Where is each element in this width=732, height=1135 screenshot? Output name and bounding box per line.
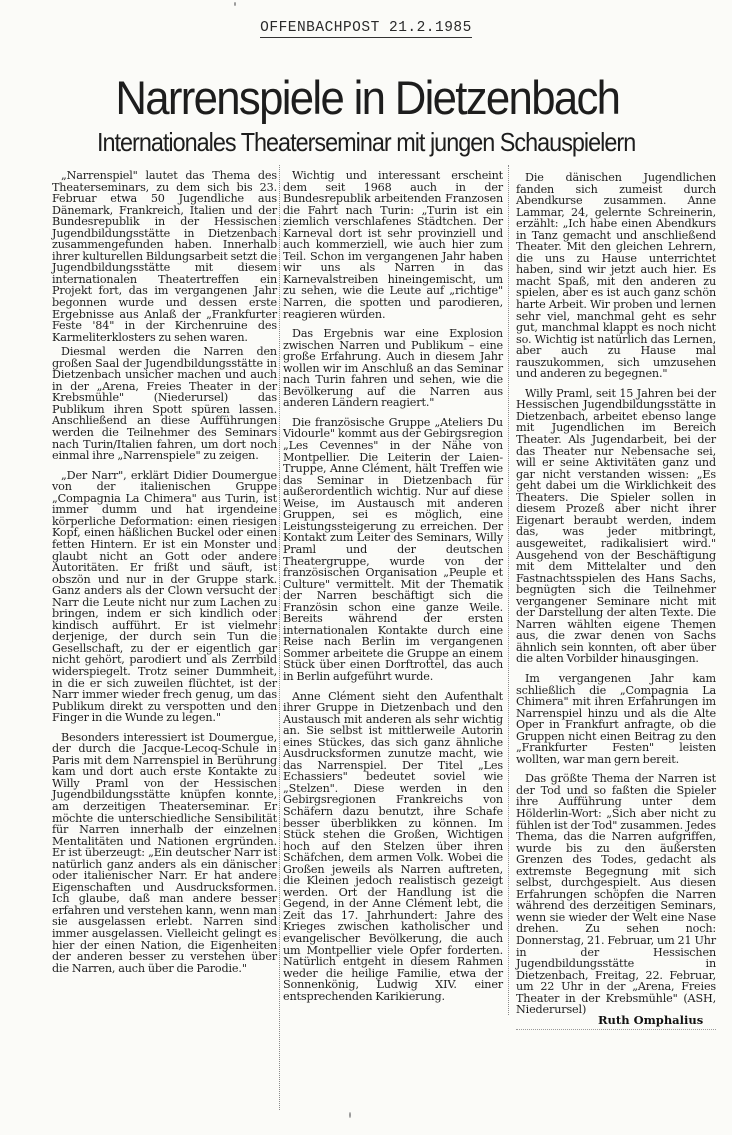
article-headline: Narrenspiele in Dietzenbach [27,74,708,121]
paragraph: Das Ergebnis war eine Explosion zwischen… [283,328,503,409]
article-subheadline: Internationales Theaterseminar mit junge… [37,129,696,155]
newspaper-source-date: OFFENBACHPOST 21.2.1985 [0,20,732,36]
scan-speck [349,1112,351,1118]
paragraph: Das größte Thema der Narren ist der Tod … [516,773,716,1015]
paragraph: Besonders interessiert ist Doumergue, de… [52,732,277,974]
author-byline: Ruth Omphalius [598,1013,703,1027]
paragraph: Im vergangenen Jahr kam schließlich die … [516,673,716,765]
article-column-2: Wichtig und interessant erscheint dem se… [283,170,503,1005]
paragraph: Wichtig und interessant erscheint dem se… [283,170,503,320]
column-divider [508,165,509,1015]
paragraph: „Der Narr", erklärt Didier Doumergue von… [52,470,277,724]
paragraph: Die französische Gruppe „Ateliers Du Vid… [283,417,503,683]
column-divider [279,165,280,1110]
paragraph: „Narrenspiel" lautet das Thema des Theat… [52,170,277,343]
article-end-rule [516,1029,716,1030]
scan-speck [700,628,702,630]
paragraph: Willy Praml, seit 15 Jahren bei der Hess… [516,388,716,665]
paragraph: Die dänischen Jugendlichen fanden sich z… [516,172,716,380]
article-column-3: Die dänischen Jugendlichen fanden sich z… [516,172,716,1019]
scan-speck [234,2,236,6]
source-text: OFFENBACHPOST 21.2.1985 [260,20,472,38]
paragraph: Anne Clément sieht den Aufenthalt ihrer … [283,691,503,1003]
article-column-1: „Narrenspiel" lautet das Thema des Theat… [52,170,277,977]
paragraph: Diesmal werden die Narren den großen Saa… [52,346,277,461]
